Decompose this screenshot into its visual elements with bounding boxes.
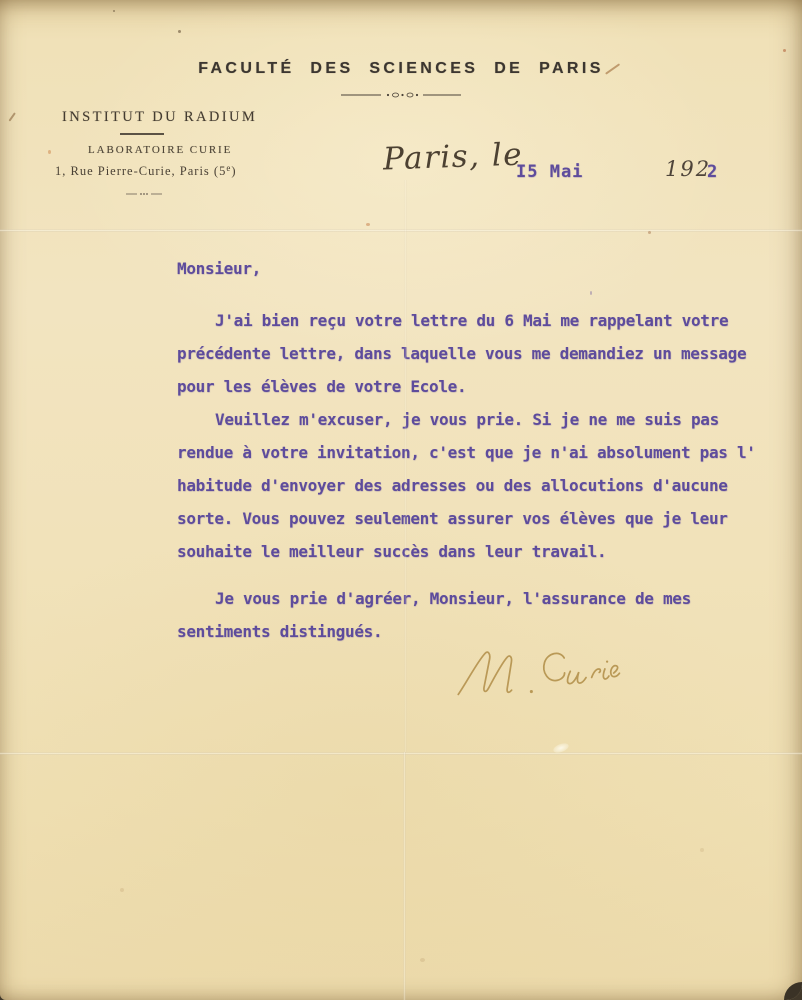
letter-line: rendue à votre invitation, c'est que je … — [177, 436, 792, 469]
letter-line: Je vous prie d'agréer, Monsieur, l'assur… — [177, 582, 792, 615]
letter-line: sorte. Vous pouvez seulement assurer vos… — [177, 502, 792, 535]
letter-sheet: FACULTÉ DES SCIENCES DE PARIS INSTITUT D… — [0, 0, 802, 1000]
letter-line: pour les élèves de votre Ecole. — [177, 370, 792, 403]
printed-year-prefix: 192 — [665, 157, 711, 181]
foxing-spot — [700, 848, 704, 852]
institute-rule — [120, 133, 164, 135]
foxing-spot — [120, 888, 124, 892]
laboratory-name: LABORATOIRE CURIE — [88, 144, 232, 156]
fold-crease-horizontal — [0, 752, 802, 755]
institute-name: INSTITUT DU RADIUM — [62, 109, 257, 126]
foxing-spot — [48, 150, 51, 154]
letter-line: sentiments distingués. — [177, 615, 792, 648]
letter-line: Veuillez m'excuser, je vous prie. Si je … — [177, 403, 792, 436]
letter-body: Monsieur, J'ai bien reçu votre lettre du… — [177, 252, 792, 648]
address-divider — [126, 191, 162, 197]
foxing-spot — [420, 958, 425, 962]
foxing-spot — [178, 30, 181, 33]
typed-date: I5 Mai — [516, 162, 583, 182]
foxing-spot — [648, 231, 651, 234]
faculty-title: FACULTÉ DES SCIENCES DE PARIS — [0, 60, 802, 78]
foxing-spot — [783, 49, 786, 52]
torn-corner — [784, 982, 802, 1000]
foxing-spot — [590, 291, 592, 295]
foxing-spot — [366, 223, 370, 226]
fold-crease-horizontal — [0, 229, 802, 232]
foxing-spot — [113, 10, 115, 12]
fold-crease-vertical — [403, 752, 406, 1000]
letter-line: souhaite le meilleur succès dans leur tr… — [177, 535, 792, 568]
typed-year-digit: 2 — [707, 162, 717, 182]
address-line: 1, Rue Pierre-Curie, Paris (5e) — [55, 163, 237, 179]
edge-mark — [8, 112, 15, 121]
letter-line: habitude d'envoyer des adresses ou des a… — [177, 469, 792, 502]
signature-graphic — [451, 641, 631, 706]
fold-crease-vertical — [404, 180, 407, 752]
letter-line: J'ai bien reçu votre lettre du 6 Mai me … — [177, 304, 792, 337]
printed-place-script: Paris, le — [382, 137, 523, 178]
salutation: Monsieur, — [177, 252, 792, 285]
letter-line: précédente lettre, dans laquelle vous me… — [177, 337, 792, 370]
title-divider-ornament — [341, 90, 461, 100]
